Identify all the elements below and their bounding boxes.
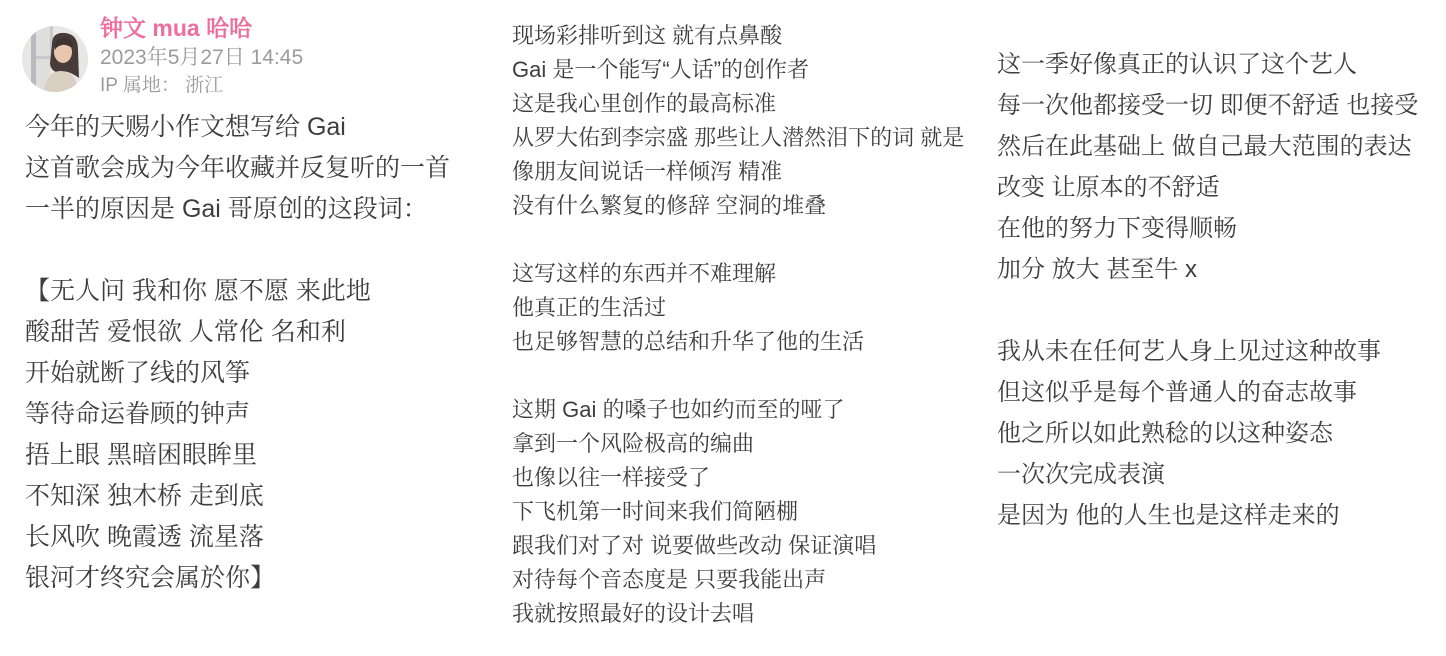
text-line [512, 359, 964, 393]
text-line: 也像以往一样接受了 [512, 461, 964, 495]
text-line: 捂上眼 黑暗困眼眸里 [25, 435, 450, 476]
avatar[interactable] [22, 26, 88, 92]
text-line: 不知深 独木桥 走到底 [25, 476, 450, 517]
text-line: 这首歌会成为今年收藏并反复听的一首 [25, 148, 450, 189]
text-line: 这期 Gai 的嗓子也如约而至的哑了 [512, 393, 964, 427]
text-line: 像朋友间说话一样倾泻 精准 [512, 155, 964, 189]
text-line: 这是我心里创作的最高标准 [512, 87, 964, 121]
text-line: 在他的努力下变得顺畅 [997, 208, 1418, 249]
text-line: 没有什么繁复的修辞 空洞的堆叠 [512, 189, 964, 223]
text-line: 等待命运眷顾的钟声 [25, 394, 450, 435]
text-line [512, 223, 964, 257]
avatar-image [22, 26, 88, 92]
text-column-right: 这一季好像真正的认识了这个艺人每一次他都接受一切 即便不舒适 也接受然后在此基础… [997, 44, 1418, 536]
text-column-middle: 现场彩排听到这 就有点鼻酸Gai 是一个能写“人话”的创作者这是我心里创作的最高… [512, 19, 964, 631]
text-line: 每一次他都接受一切 即便不舒适 也接受 [997, 85, 1418, 126]
username[interactable]: 钟文 mua 哈哈 [100, 13, 500, 43]
text-line: 是因为 他的人生也是这样走来的 [997, 495, 1418, 536]
weibo-post: 钟文 mua 哈哈 2023年5月27日 14:45 IP 属地： 浙江 今年的… [0, 0, 1446, 656]
text-line [25, 230, 450, 271]
text-line: 改变 让原本的不舒适 [997, 167, 1418, 208]
text-line: 一次次完成表演 [997, 454, 1418, 495]
text-line: 这一季好像真正的认识了这个艺人 [997, 44, 1418, 85]
text-column-left: 今年的天赐小作文想写给 Gai这首歌会成为今年收藏并反复听的一首一半的原因是 G… [25, 107, 450, 599]
header-text: 钟文 mua 哈哈 2023年5月27日 14:45 IP 属地： 浙江 [100, 13, 500, 100]
text-line: 也足够智慧的总结和升华了他的生活 [512, 325, 964, 359]
text-line: 拿到一个风险极高的编曲 [512, 427, 964, 461]
text-line: 我就按照最好的设计去唱 [512, 597, 964, 631]
text-line: 这写这样的东西并不难理解 [512, 257, 964, 291]
text-line: 现场彩排听到这 就有点鼻酸 [512, 19, 964, 53]
text-line: 酸甜苦 爱恨欲 人常伦 名和利 [25, 312, 450, 353]
text-line: 【无人问 我和你 愿不愿 来此地 [25, 271, 450, 312]
text-line: 然后在此基础上 做自己最大范围的表达 [997, 126, 1418, 167]
text-line: 下飞机第一时间来我们简陋棚 [512, 495, 964, 529]
text-line: 长风吹 晚霞透 流星落 [25, 517, 450, 558]
text-line: Gai 是一个能写“人话”的创作者 [512, 53, 964, 87]
ip-location: IP 属地： 浙江 [100, 72, 500, 100]
text-line: 他真正的生活过 [512, 291, 964, 325]
text-line: 我从未在任何艺人身上见过这种故事 [997, 331, 1418, 372]
text-line: 银河才终究会属於你】 [25, 558, 450, 599]
text-line: 今年的天赐小作文想写给 Gai [25, 107, 450, 148]
text-line: 一半的原因是 Gai 哥原创的这段词： [25, 189, 450, 230]
text-line: 加分 放大 甚至牛 x [997, 249, 1418, 290]
text-line [997, 290, 1418, 331]
text-line: 但这似乎是每个普通人的奋志故事 [997, 372, 1418, 413]
text-line: 对待每个音态度是 只要我能出声 [512, 563, 964, 597]
text-line: 开始就断了线的风筝 [25, 353, 450, 394]
text-line: 他之所以如此熟稔的以这种姿态 [997, 413, 1418, 454]
text-line: 跟我们对了对 说要做些改动 保证演唱 [512, 529, 964, 563]
text-line: 从罗大佑到李宗盛 那些让人潜然泪下的词 就是 [512, 121, 964, 155]
post-date: 2023年5月27日 14:45 [100, 43, 500, 72]
